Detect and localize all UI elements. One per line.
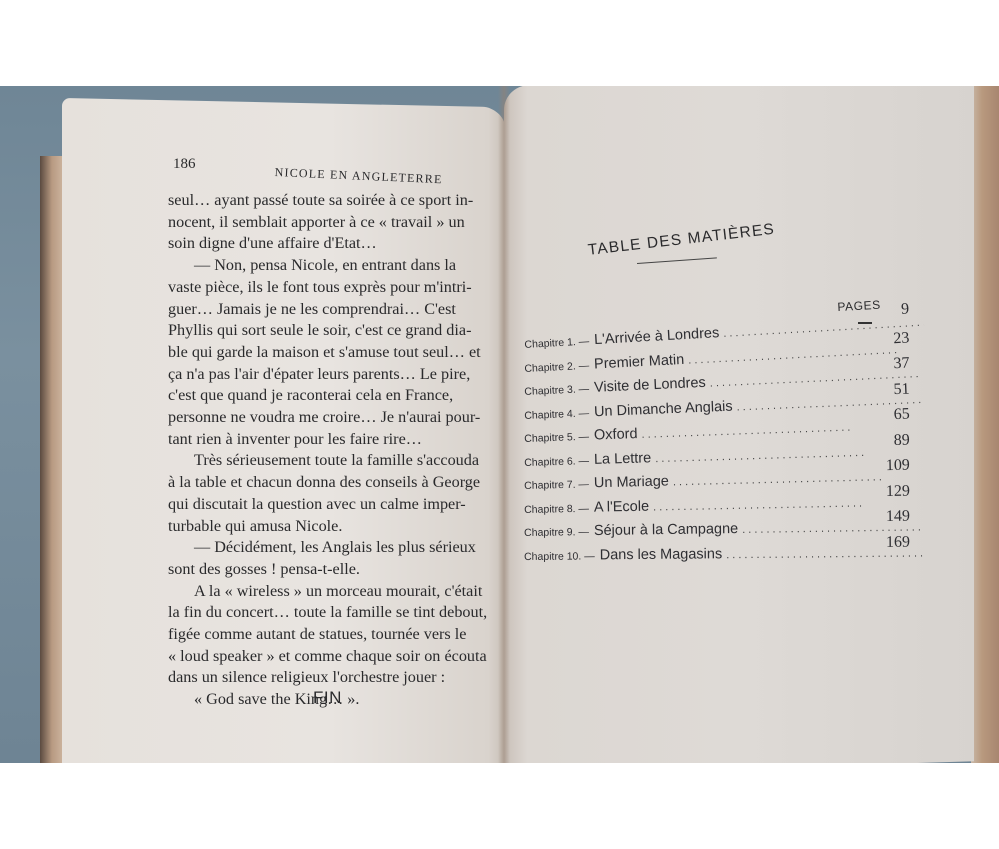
body-line: c'est que quand je raconterai cela en Fr… [168, 385, 498, 407]
toc-page-number: 51 [893, 380, 910, 399]
toc-chapter-number: Chapitre 7. — [524, 478, 589, 492]
toc-chapter-title: La Lettre [594, 450, 652, 468]
toc-chapter-title: Un Mariage [594, 473, 669, 491]
toc-list: Chapitre 1. — L'Arrivée à Londres ......… [524, 336, 924, 571]
body-line: sont des gosses ! pensa-t-elle. [168, 559, 498, 581]
pages-column-label: PAGES [837, 298, 881, 314]
toc-chapter-title: A l'Ecole [594, 498, 649, 515]
toc-chapter-title: Oxford [594, 426, 638, 444]
body-line: qui discutait la question avec un calme … [168, 494, 498, 516]
body-line: vaste pièce, ils le font tous exprès pou… [168, 277, 498, 299]
toc-chapter-number: Chapitre 4. — [524, 407, 589, 422]
toc-page-number: 149 [886, 508, 910, 526]
toc-chapter-number: Chapitre 5. — [524, 431, 589, 445]
body-line: turbable qui amusa Nicole. [168, 516, 498, 538]
toc-page-number: 109 [886, 457, 910, 476]
book-gutter [498, 86, 510, 763]
toc-chapter-title: Séjour à la Campagne [594, 521, 739, 539]
toc-page-number: 23 [893, 329, 910, 348]
toc-chapter-number: Chapitre 9. — [524, 526, 589, 539]
toc-chapter-number: Chapitre 8. — [524, 502, 589, 515]
body-line: ble qui garde la maison et s'amuse tout … [168, 342, 498, 364]
body-line: guer… Jamais je ne les comprendrai… C'es… [168, 299, 498, 321]
toc-page-number: 129 [886, 482, 910, 500]
end-mark: FIN [313, 688, 342, 708]
toc-chapter-number: Chapitre 3. — [524, 383, 589, 398]
toc-leader-dots: ................................... [655, 445, 924, 465]
body-line: Phyllis qui sort seule le soir, c'est ce… [168, 320, 498, 342]
body-line: ça n'a pas l'air d'épater leurs parents…… [168, 364, 498, 386]
body-line: personne ne voudra me croire… Je n'aurai… [168, 407, 498, 429]
toc-page-number: 89 [894, 431, 911, 449]
book-cover-right-edge [971, 86, 999, 763]
toc-entry: Chapitre 10. — Dans les Magasins .......… [524, 544, 924, 571]
body-line: — Non, pensa Nicole, en entrant dans la [168, 255, 498, 277]
body-line: à la table et chacun donna des conseils … [168, 472, 498, 494]
body-text: seul… ayant passé toute sa soirée à ce s… [168, 190, 498, 711]
body-line: dans un silence religieux l'orchestre jo… [168, 667, 498, 689]
toc-entry: Chapitre 9. — Séjour à la Campagne .....… [524, 518, 924, 547]
body-line: Très sérieusement toute la famille s'acc… [168, 450, 498, 472]
page-number: 186 [173, 156, 196, 173]
body-line: « loud speaker » et comme chaque soir on… [168, 646, 498, 668]
body-line: tant rien à inventer pour les faire rire… [168, 429, 498, 451]
body-line: nocent, il semblait apporter à ce « trav… [168, 212, 498, 234]
toc-page-number: 65 [893, 406, 910, 425]
toc-chapter-number: Chapitre 6. — [524, 455, 589, 469]
body-line: seul… ayant passé toute sa soirée à ce s… [168, 190, 498, 212]
body-line: A la « wireless » un morceau mourait, c'… [168, 581, 498, 603]
body-line: — Décidément, les Anglais les plus série… [168, 537, 498, 559]
toc-page-number: 169 [886, 533, 910, 551]
toc-leader-dots: ................................... [653, 496, 924, 513]
body-line: figée comme autant de statues, tournée v… [168, 624, 498, 646]
toc-chapter-number: Chapitre 1. — [524, 335, 589, 351]
body-line: la fin du concert… toute la famille se t… [168, 602, 498, 624]
toc-chapter-title: Dans les Magasins [600, 546, 723, 563]
toc-page-number: 37 [893, 355, 910, 374]
toc-page-number: 9 [901, 300, 910, 318]
toc-chapter-number: Chapitre 2. — [524, 359, 589, 374]
toc-chapter-number: Chapitre 10. — [524, 550, 595, 563]
body-line: soin digne d'une affaire d'Etat… [168, 233, 498, 255]
